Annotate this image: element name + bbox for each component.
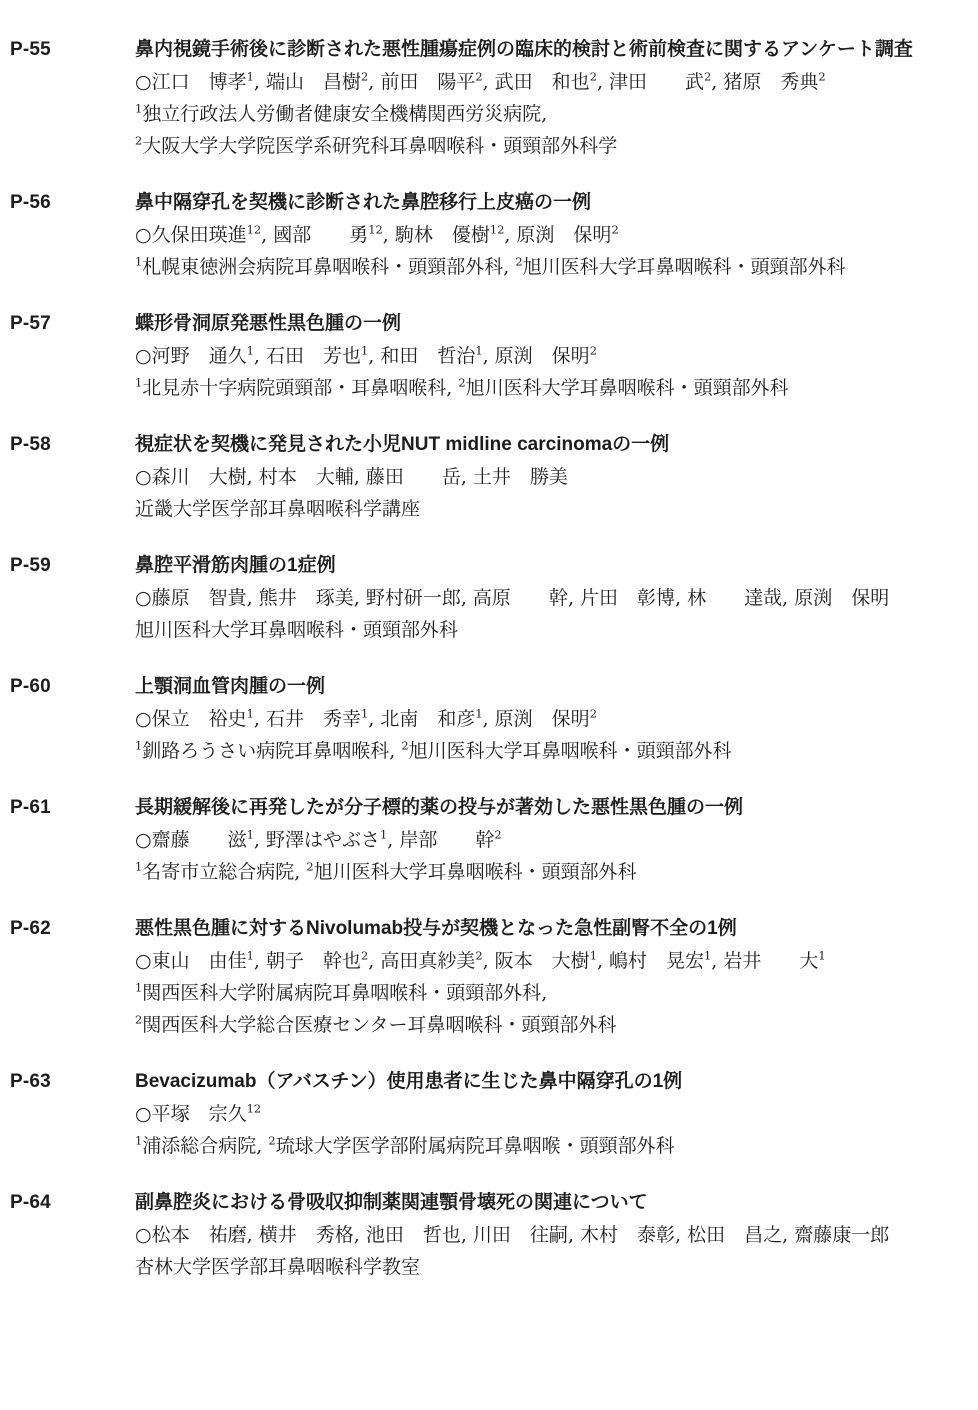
affiliation-name: 関西医科大学附属病院耳鼻咽喉科・頭頸部外科, xyxy=(142,982,547,1004)
author-separator: , xyxy=(368,71,380,93)
entry-number: P-57 xyxy=(10,308,51,340)
author-separator: , xyxy=(247,1224,259,1246)
affiliation-name: 関西医科大学総合医療センター耳鼻咽喉科・頭頸部外科 xyxy=(142,1014,616,1036)
abstract-entry: P-64副鼻腔炎における骨吸収抑制薬関連顎骨壊死の関連について○松本 祐磨, 横… xyxy=(0,1187,978,1283)
author-name: 東山 由佳 xyxy=(152,950,247,972)
author-separator: , xyxy=(461,587,473,609)
affiliation-name: 旭川医科大学耳鼻咽喉科・頭頸部外科 xyxy=(466,377,789,399)
entry-title: 長期緩解後に再発したが分子標的薬の投与が著効した悪性黒色腫の一例 xyxy=(135,792,966,824)
author-separator: , xyxy=(254,950,266,972)
affiliation-name: 旭川医科大学耳鼻咽喉科・頭頸部外科 xyxy=(409,740,732,762)
author-name: 前田 陽平 xyxy=(380,71,475,93)
author-separator: , xyxy=(675,1224,687,1246)
author-separator: , xyxy=(483,345,495,367)
entry-content: 蝶形骨洞原発悪性黒色腫の一例○河野 通久1, 石田 芳也1, 和田 哲治1, 原… xyxy=(135,308,966,404)
author-name: 村本 大輔 xyxy=(259,466,354,488)
author-affiliation-superscript: 1 xyxy=(247,949,254,963)
affiliation-name: 杏林大学医学部耳鼻咽喉科学教室 xyxy=(135,1256,420,1278)
author-separator: , xyxy=(711,71,723,93)
author-affiliation-superscript: 1 xyxy=(475,344,482,358)
author-separator: , xyxy=(461,466,473,488)
entry-affiliation-line: 1独立行政法人労働者健康安全機構関西労災病院, xyxy=(135,98,966,130)
author-affiliation-superscript: 1 xyxy=(247,344,254,358)
affiliation-name: 浦添総合病院 xyxy=(142,1135,256,1157)
author-name: 津田 武 xyxy=(609,71,704,93)
author-affiliation-superscript: 12 xyxy=(247,1102,262,1116)
author-separator: , xyxy=(387,829,399,851)
author-name: 平塚 宗久 xyxy=(152,1103,247,1125)
author-separator: , xyxy=(254,71,266,93)
affiliation-name: 北見赤十字病院頭頸部・耳鼻咽喉科 xyxy=(142,377,446,399)
author-separator: , xyxy=(247,466,259,488)
entry-affiliation-line: 1名寄市立総合病院, 2旭川医科大学耳鼻咽喉科・頭頸部外科 xyxy=(135,856,966,888)
entry-content: Bevacizumab（アバスチン）使用患者に生じた鼻中隔穿孔の1例○平塚 宗久… xyxy=(135,1066,966,1162)
affiliation-separator: , xyxy=(503,256,515,278)
author-name: 久保田瑛進 xyxy=(152,224,247,246)
entry-authors: ○松本 祐磨, 横井 秀格, 池田 哲也, 川田 往嗣, 木村 泰彰, 松田 昌… xyxy=(135,1219,966,1251)
author-affiliation-superscript: 12 xyxy=(490,223,505,237)
author-separator: , xyxy=(247,587,259,609)
affiliation-name: 釧路ろうさい病院耳鼻咽喉科 xyxy=(142,740,389,762)
entry-affiliation-line: 1札幌東徳洲会病院耳鼻咽喉科・頭頸部外科, 2旭川医科大学耳鼻咽喉科・頭頸部外科 xyxy=(135,251,966,283)
affiliation-superscript: 2 xyxy=(401,739,408,753)
abstract-entry: P-57蝶形骨洞原発悪性黒色腫の一例○河野 通久1, 石田 芳也1, 和田 哲治… xyxy=(0,308,978,404)
author-affiliation-superscript: 1 xyxy=(247,828,254,842)
entry-affiliation-line: 1北見赤十字病院頭頸部・耳鼻咽喉科, 2旭川医科大学耳鼻咽喉科・頭頸部外科 xyxy=(135,372,966,404)
first-author-marker: ○ xyxy=(135,71,152,93)
abstract-entry: P-59鼻腔平滑筋肉腫の1症例○藤原 智貴, 熊井 琢美, 野村研一郎, 高原 … xyxy=(0,550,978,646)
affiliation-name: 独立行政法人労働者健康安全機構関西労災病院, xyxy=(142,103,547,125)
entry-title: 上顎洞血管肉腫の一例 xyxy=(135,671,966,703)
author-separator: , xyxy=(261,224,273,246)
entry-authors: ○東山 由佳1, 朝子 幹也2, 高田真紗美2, 阪本 大樹1, 嶋村 晃宏1,… xyxy=(135,945,966,977)
author-name: 齋藤康一郎 xyxy=(794,1224,889,1246)
author-affiliation-superscript: 2 xyxy=(590,344,597,358)
abstract-entry: P-60上顎洞血管肉腫の一例○保立 裕史1, 石井 秀幸1, 北南 和彦1, 原… xyxy=(0,671,978,767)
affiliation-name: 大阪大学大学院医学系研究科耳鼻咽喉科・頭頸部外科学 xyxy=(142,135,617,157)
author-name: 原渕 保明 xyxy=(516,224,611,246)
affiliation-superscript: 2 xyxy=(268,1134,275,1148)
author-affiliation-superscript: 2 xyxy=(818,70,825,84)
first-author-marker: ○ xyxy=(135,466,152,488)
abstract-list: P-55鼻内視鏡手術後に診断された悪性腫瘍症例の臨床的検討と術前検査に関するアン… xyxy=(0,34,978,1283)
author-separator: , xyxy=(597,71,609,93)
abstract-entry: P-56鼻中隔穿孔を契機に診断された鼻腔移行上皮癌の一例○久保田瑛進12, 國部… xyxy=(0,187,978,283)
author-name: 阪本 大樹 xyxy=(495,950,590,972)
first-author-marker: ○ xyxy=(135,224,152,246)
affiliation-name: 琉球大学医学部附属病院耳鼻咽喉・頭頸部外科 xyxy=(276,1135,675,1157)
author-name: 川田 往嗣 xyxy=(473,1224,568,1246)
entry-content: 上顎洞血管肉腫の一例○保立 裕史1, 石井 秀幸1, 北南 和彦1, 原渕 保明… xyxy=(135,671,966,767)
entry-number: P-64 xyxy=(10,1187,51,1219)
author-separator: , xyxy=(354,1224,366,1246)
author-name: 池田 哲也 xyxy=(366,1224,461,1246)
entry-authors: ○森川 大樹, 村本 大輔, 藤田 岳, 土井 勝美 xyxy=(135,461,966,493)
author-affiliation-superscript: 1 xyxy=(475,707,482,721)
affiliation-name: 名寄市立総合病院 xyxy=(142,861,294,883)
entry-number: P-63 xyxy=(10,1066,51,1098)
entry-affiliation-line: 旭川医科大学耳鼻咽喉科・頭頸部外科 xyxy=(135,614,966,646)
entry-authors: ○平塚 宗久12 xyxy=(135,1098,966,1130)
author-name: 駒林 優樹 xyxy=(395,224,490,246)
author-separator: , xyxy=(711,950,723,972)
author-affiliation-superscript: 1 xyxy=(590,949,597,963)
entry-number: P-56 xyxy=(10,187,51,219)
author-name: 木村 泰彰 xyxy=(580,1224,675,1246)
author-separator: , xyxy=(597,950,609,972)
entry-content: 鼻内視鏡手術後に診断された悪性腫瘍症例の臨床的検討と術前検査に関するアンケート調… xyxy=(135,34,966,162)
entry-number: P-60 xyxy=(10,671,51,703)
author-name: 藤原 智貴 xyxy=(152,587,247,609)
author-separator: , xyxy=(461,1224,473,1246)
entry-affiliation-line: 2関西医科大学総合医療センター耳鼻咽喉科・頭頸部外科 xyxy=(135,1009,966,1041)
author-separator: , xyxy=(483,708,495,730)
author-name: 江口 博孝 xyxy=(152,71,247,93)
affiliation-name: 近畿大学医学部耳鼻咽喉科学講座 xyxy=(135,498,420,520)
author-separator: , xyxy=(254,345,266,367)
author-name: 嶋村 晃宏 xyxy=(609,950,704,972)
entry-content: 鼻腔平滑筋肉腫の1症例○藤原 智貴, 熊井 琢美, 野村研一郎, 高原 幹, 片… xyxy=(135,550,966,646)
affiliation-separator: , xyxy=(389,740,401,762)
author-separator: , xyxy=(782,587,794,609)
entry-title: 鼻内視鏡手術後に診断された悪性腫瘍症例の臨床的検討と術前検査に関するアンケート調… xyxy=(135,34,966,66)
entry-authors: ○保立 裕史1, 石井 秀幸1, 北南 和彦1, 原渕 保明2 xyxy=(135,703,966,735)
entry-number: P-62 xyxy=(10,913,51,945)
author-name: 横井 秀格 xyxy=(259,1224,354,1246)
entry-title: 悪性黒色腫に対するNivolumab投与が契機となった急性副腎不全の1例 xyxy=(135,913,966,945)
abstract-entry: P-58視症状を契機に発見された小児NUT midline carcinomaの… xyxy=(0,429,978,525)
entry-affiliation-line: 1関西医科大学附属病院耳鼻咽喉科・頭頸部外科, xyxy=(135,977,966,1009)
author-name: 林 達哉 xyxy=(687,587,782,609)
author-separator: , xyxy=(782,1224,794,1246)
author-name: 齋藤 滋 xyxy=(152,829,247,851)
affiliation-name: 旭川医科大学耳鼻咽喉科・頭頸部外科 xyxy=(135,619,458,641)
author-separator: , xyxy=(483,71,495,93)
entry-content: 悪性黒色腫に対するNivolumab投与が契機となった急性副腎不全の1例○東山 … xyxy=(135,913,966,1041)
author-separator: , xyxy=(504,224,516,246)
author-affiliation-superscript: 12 xyxy=(247,223,262,237)
author-name: 土井 勝美 xyxy=(473,466,568,488)
abstract-entry: P-62悪性黒色腫に対するNivolumab投与が契機となった急性副腎不全の1例… xyxy=(0,913,978,1041)
affiliation-superscript: 2 xyxy=(515,255,522,269)
first-author-marker: ○ xyxy=(135,587,152,609)
author-name: 原渕 保明 xyxy=(794,587,889,609)
entry-number: P-61 xyxy=(10,792,51,824)
entry-content: 視症状を契機に発見された小児NUT midline carcinomaの一例○森… xyxy=(135,429,966,525)
abstract-entry: P-55鼻内視鏡手術後に診断された悪性腫瘍症例の臨床的検討と術前検査に関するアン… xyxy=(0,34,978,162)
abstract-entry: P-61長期緩解後に再発したが分子標的薬の投与が著効した悪性黒色腫の一例○齋藤 … xyxy=(0,792,978,888)
author-name: 片田 彰博 xyxy=(580,587,675,609)
author-name: 和田 哲治 xyxy=(380,345,475,367)
author-affiliation-superscript: 2 xyxy=(611,223,618,237)
author-name: 高原 幹 xyxy=(473,587,568,609)
entry-authors: ○齋藤 滋1, 野澤はやぶさ1, 岸部 幹2 xyxy=(135,824,966,856)
author-affiliation-superscript: 2 xyxy=(590,707,597,721)
author-separator: , xyxy=(354,587,366,609)
entry-number: P-58 xyxy=(10,429,51,461)
entry-title: 蝶形骨洞原発悪性黒色腫の一例 xyxy=(135,308,966,340)
author-name: 高田真紗美 xyxy=(380,950,475,972)
author-affiliation-superscript: 12 xyxy=(368,223,383,237)
author-separator: , xyxy=(368,708,380,730)
entry-title: 視症状を契機に発見された小児NUT midline carcinomaの一例 xyxy=(135,429,966,461)
abstract-entry: P-63Bevacizumab（アバスチン）使用患者に生じた鼻中隔穿孔の1例○平… xyxy=(0,1066,978,1162)
author-name: 岸部 幹 xyxy=(399,829,494,851)
first-author-marker: ○ xyxy=(135,829,152,851)
author-name: 國部 勇 xyxy=(273,224,368,246)
author-separator: , xyxy=(383,224,395,246)
first-author-marker: ○ xyxy=(135,950,152,972)
author-name: 石田 芳也 xyxy=(266,345,361,367)
entry-affiliation-line: 2大阪大学大学院医学系研究科耳鼻咽喉科・頭頸部外科学 xyxy=(135,130,966,162)
entry-content: 副鼻腔炎における骨吸収抑制薬関連顎骨壊死の関連について○松本 祐磨, 横井 秀格… xyxy=(135,1187,966,1283)
entry-authors: ○江口 博孝1, 端山 昌樹2, 前田 陽平2, 武田 和也2, 津田 武2, … xyxy=(135,66,966,98)
author-name: 河野 通久 xyxy=(152,345,247,367)
author-name: 松本 祐磨 xyxy=(152,1224,247,1246)
entry-title: 鼻中隔穿孔を契機に診断された鼻腔移行上皮癌の一例 xyxy=(135,187,966,219)
entry-number: P-59 xyxy=(10,550,51,582)
entry-authors: ○久保田瑛進12, 國部 勇12, 駒林 優樹12, 原渕 保明2 xyxy=(135,219,966,251)
author-name: 藤田 岳 xyxy=(366,466,461,488)
entry-content: 長期緩解後に再発したが分子標的薬の投与が著効した悪性黒色腫の一例○齋藤 滋1, … xyxy=(135,792,966,888)
author-name: 原渕 保明 xyxy=(495,345,590,367)
author-name: 保立 裕史 xyxy=(152,708,247,730)
entry-content: 鼻中隔穿孔を契機に診断された鼻腔移行上皮癌の一例○久保田瑛進12, 國部 勇12… xyxy=(135,187,966,283)
affiliation-name: 札幌東徳洲会病院耳鼻咽喉科・頭頸部外科 xyxy=(142,256,503,278)
author-separator: , xyxy=(675,587,687,609)
entry-affiliation-line: 杏林大学医学部耳鼻咽喉科学教室 xyxy=(135,1251,966,1283)
author-affiliation-superscript: 1 xyxy=(247,70,254,84)
author-name: 松田 昌之 xyxy=(687,1224,782,1246)
author-name: 端山 昌樹 xyxy=(266,71,361,93)
entry-authors: ○河野 通久1, 石田 芳也1, 和田 哲治1, 原渕 保明2 xyxy=(135,340,966,372)
entry-number: P-55 xyxy=(10,34,51,66)
author-separator: , xyxy=(368,345,380,367)
author-separator: , xyxy=(568,1224,580,1246)
author-affiliation-superscript: 1 xyxy=(247,707,254,721)
author-name: 猪原 秀典 xyxy=(723,71,818,93)
author-name: 石井 秀幸 xyxy=(266,708,361,730)
affiliation-separator: , xyxy=(446,377,458,399)
author-affiliation-superscript: 2 xyxy=(494,828,501,842)
author-separator: , xyxy=(483,950,495,972)
first-author-marker: ○ xyxy=(135,1224,152,1246)
entry-title: Bevacizumab（アバスチン）使用患者に生じた鼻中隔穿孔の1例 xyxy=(135,1066,966,1098)
affiliation-superscript: 2 xyxy=(458,376,465,390)
author-name: 武田 和也 xyxy=(495,71,590,93)
author-name: 岩井 大 xyxy=(723,950,818,972)
author-name: 北南 和彦 xyxy=(380,708,475,730)
affiliation-name: 旭川医科大学耳鼻咽喉科・頭頸部外科 xyxy=(523,256,846,278)
author-affiliation-superscript: 1 xyxy=(818,949,825,963)
author-affiliation-superscript: 2 xyxy=(590,70,597,84)
author-name: 森川 大樹 xyxy=(152,466,247,488)
first-author-marker: ○ xyxy=(135,345,152,367)
author-separator: , xyxy=(354,466,366,488)
author-separator: , xyxy=(368,950,380,972)
affiliation-separator: , xyxy=(256,1135,268,1157)
conference-program-page: P-55鼻内視鏡手術後に診断された悪性腫瘍症例の臨床的検討と術前検査に関するアン… xyxy=(0,0,978,1283)
entry-authors: ○藤原 智貴, 熊井 琢美, 野村研一郎, 高原 幹, 片田 彰博, 林 達哉,… xyxy=(135,582,966,614)
author-affiliation-superscript: 2 xyxy=(475,70,482,84)
author-name: 熊井 琢美 xyxy=(259,587,354,609)
first-author-marker: ○ xyxy=(135,1103,152,1125)
author-separator: , xyxy=(254,708,266,730)
affiliation-separator: , xyxy=(294,861,306,883)
affiliation-name: 旭川医科大学耳鼻咽喉科・頭頸部外科 xyxy=(314,861,637,883)
author-affiliation-superscript: 2 xyxy=(475,949,482,963)
affiliation-superscript: 2 xyxy=(306,860,313,874)
author-separator: , xyxy=(568,587,580,609)
author-name: 朝子 幹也 xyxy=(266,950,361,972)
entry-affiliation-line: 1釧路ろうさい病院耳鼻咽喉科, 2旭川医科大学耳鼻咽喉科・頭頸部外科 xyxy=(135,735,966,767)
entry-affiliation-line: 近畿大学医学部耳鼻咽喉科学講座 xyxy=(135,493,966,525)
author-separator: , xyxy=(254,829,266,851)
entry-title: 鼻腔平滑筋肉腫の1症例 xyxy=(135,550,966,582)
first-author-marker: ○ xyxy=(135,708,152,730)
entry-title: 副鼻腔炎における骨吸収抑制薬関連顎骨壊死の関連について xyxy=(135,1187,966,1219)
author-name: 原渕 保明 xyxy=(495,708,590,730)
author-name: 野澤はやぶさ xyxy=(266,829,380,851)
author-name: 野村研一郎 xyxy=(366,587,461,609)
entry-affiliation-line: 1浦添総合病院, 2琉球大学医学部附属病院耳鼻咽喉・頭頸部外科 xyxy=(135,1130,966,1162)
